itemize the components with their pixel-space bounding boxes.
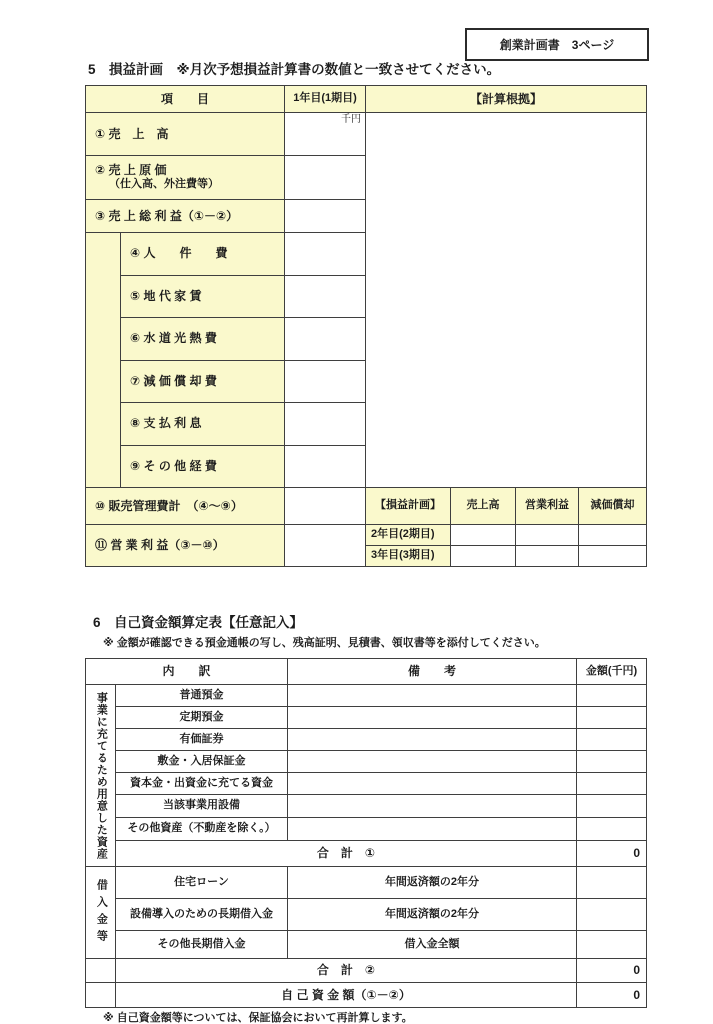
pl-row-value-depreciation: [285, 361, 366, 404]
pl-row-value-rent: [285, 276, 366, 319]
pl-row-label-operating-profit: ⑪ 営 業 利 益（③－⑩）: [86, 525, 285, 566]
loan-row-remarks-housing-loan: 年間返済額の2年分: [288, 867, 577, 899]
pl-row-label-gross-profit: ③ 売 上 総 利 益（①－②）: [86, 200, 285, 233]
capital-subtotal2-amount: 0: [577, 959, 646, 983]
pl-row-value-operating-profit: [285, 525, 366, 566]
own-capital-table: 内 訳 備 考 金額(千円) 事業に充てるため用意した資産 普通預金 定期預金 …: [85, 658, 647, 1008]
pl-row-label-other-expenses: ⑨ そ の 他 経 費: [121, 446, 285, 489]
loan-row-name-housing-loan: 住宅ローン: [116, 867, 288, 899]
capital-row-remarks-ordinary-deposit: [288, 685, 577, 707]
pl-row-label-utilities: ⑥ 水 道 光 熱 費: [121, 318, 285, 361]
capital-subtotal1-label: 合 計 ①: [116, 841, 577, 867]
capital-row-amount-security-deposit: [577, 751, 646, 773]
pl-row-label-cost: ② 売 上 原 価 （仕入高、外注費等）: [86, 156, 285, 200]
loan-row-amount-other-longterm-loan: [577, 931, 646, 959]
capital-row-amount-time-deposit: [577, 707, 646, 729]
capital-row-remarks-securities: [288, 729, 577, 751]
unit-label: 千円: [341, 114, 361, 127]
capital-row-name-ordinary-deposit: 普通預金: [116, 685, 288, 707]
pl-row-value-sales: 千円: [285, 113, 366, 156]
capital-row-amount-securities: [577, 729, 646, 751]
plan-subtable-header-depreciation: 減価償却: [579, 488, 646, 525]
pl-row-label-cost-main: ② 売 上 原 価: [95, 163, 167, 178]
plan-subtable-row-year3-label: 3年目(3期目): [366, 546, 451, 567]
capital-subtotal2-label: 合 計 ②: [116, 959, 577, 983]
pl-row-label-interest: ⑧ 支 払 利 息: [121, 403, 285, 446]
pl-row-value-interest: [285, 403, 366, 446]
capital-row-remarks-capital-funds: [288, 773, 577, 795]
pl-header-year1: 1年目(1期目): [285, 86, 366, 113]
loan-row-name-equipment-loan: 設備導入のための長期借入金: [116, 899, 288, 931]
capital-row-name-other-assets: その他資産（不動産を除く。）: [116, 818, 288, 841]
plan-subtable-year3-depreciation: [579, 546, 646, 567]
plan-subtable-year2-sales: [451, 525, 516, 546]
capital-subtotal1-amount: 0: [577, 841, 646, 867]
plan-subtable-header-title: 【損益計画】: [366, 488, 451, 525]
plan-subtable-year2-operating-profit: [516, 525, 579, 546]
capital-row-remarks-security-deposit: [288, 751, 577, 773]
pl-row-label-depreciation: ⑦ 減 価 償 却 費: [121, 361, 285, 404]
pl-header-basis: 【計算根拠】: [366, 86, 646, 113]
capital-row-name-security-deposit: 敷金・入居保証金: [116, 751, 288, 773]
section5-title: 5 損益計画 ※月次予想損益計算書の数値と一致させてください。: [88, 58, 500, 78]
pl-row-value-cost: [285, 156, 366, 200]
page-ref-box: 創業計画書 3ページ: [465, 28, 649, 61]
loan-row-remarks-equipment-loan: 年間返済額の2年分: [288, 899, 577, 931]
capital-header-remarks: 備 考: [288, 659, 577, 685]
capital-row-name-securities: 有価証券: [116, 729, 288, 751]
pl-row-label-sales: ① 売 上 高: [86, 113, 285, 156]
capital-subtotal2-spacer: [86, 959, 116, 983]
plan-subtable-year3-sales: [451, 546, 516, 567]
capital-total-spacer: [86, 983, 116, 1007]
pl-row-label-sga-total: ⑩ 販売管理費計 （④～⑨）: [86, 488, 285, 525]
loan-row-name-other-longterm-loan: その他長期借入金: [116, 931, 288, 959]
pl-row-value-other-expenses: [285, 446, 366, 489]
capital-row-name-business-equipment: 当該事業用設備: [116, 795, 288, 818]
capital-row-name-time-deposit: 定期預金: [116, 707, 288, 729]
capital-header-breakdown: 内 訳: [86, 659, 288, 685]
asset-group-label: 事業に充てるため用意した資産: [86, 685, 116, 867]
capital-row-amount-business-equipment: [577, 795, 646, 818]
pl-row-value-gross-profit: [285, 200, 366, 233]
capital-row-amount-other-assets: [577, 818, 646, 841]
pl-basis-area: [366, 113, 646, 488]
document-page: 創業計画書 3ページ 5 損益計画 ※月次予想損益計算書の数値と一致させてくださ…: [0, 0, 713, 1024]
loan-row-remarks-other-longterm-loan: 借入金全額: [288, 931, 577, 959]
pl-row-label-cost-sub: （仕入高、外注費等）: [95, 178, 219, 192]
pl-row-value-personnel: [285, 233, 366, 276]
loan-row-amount-equipment-loan: [577, 899, 646, 931]
section6-note: ※ 金額が確認できる預金通帳の写し、残高証明、見積書、領収書等を添付してください…: [103, 634, 546, 650]
capital-row-amount-ordinary-deposit: [577, 685, 646, 707]
capital-header-amount: 金額(千円): [577, 659, 646, 685]
section6-title: 6 自己資金額算定表【任意記入】: [93, 611, 303, 631]
pl-header-item: 項 目: [86, 86, 285, 113]
capital-row-remarks-other-assets: [288, 818, 577, 841]
plan-subtable-year3-operating-profit: [516, 546, 579, 567]
loan-row-amount-housing-loan: [577, 867, 646, 899]
plan-subtable-year2-depreciation: [579, 525, 646, 546]
pl-row-label-personnel: ④ 人 件 費: [121, 233, 285, 276]
plan-subtable-header-sales: 売上高: [451, 488, 516, 525]
capital-row-remarks-business-equipment: [288, 795, 577, 818]
recalculation-footer-note: ※ 自己資金額等については、保証協会において再計算します。: [103, 1009, 413, 1024]
pl-expense-indent-strip: [86, 233, 121, 488]
capital-total-label: 自 己 資 金 額（①－②）: [116, 983, 577, 1007]
plan-subtable-row-year2-label: 2年目(2期目): [366, 525, 451, 546]
capital-row-remarks-time-deposit: [288, 707, 577, 729]
plan-subtable-header-operating-profit: 営業利益: [516, 488, 579, 525]
pl-row-value-utilities: [285, 318, 366, 361]
pl-row-value-sga-total: [285, 488, 366, 525]
loan-group-label: 借入金等: [86, 867, 116, 959]
capital-row-amount-capital-funds: [577, 773, 646, 795]
capital-total-amount: 0: [577, 983, 646, 1007]
capital-row-name-capital-funds: 資本金・出資金に充てる資金: [116, 773, 288, 795]
profit-loss-table: 項 目 1年目(1期目) 【計算根拠】 ① 売 上 高 千円 ② 売 上 原 価…: [85, 85, 647, 567]
pl-row-label-rent: ⑤ 地 代 家 賃: [121, 276, 285, 319]
